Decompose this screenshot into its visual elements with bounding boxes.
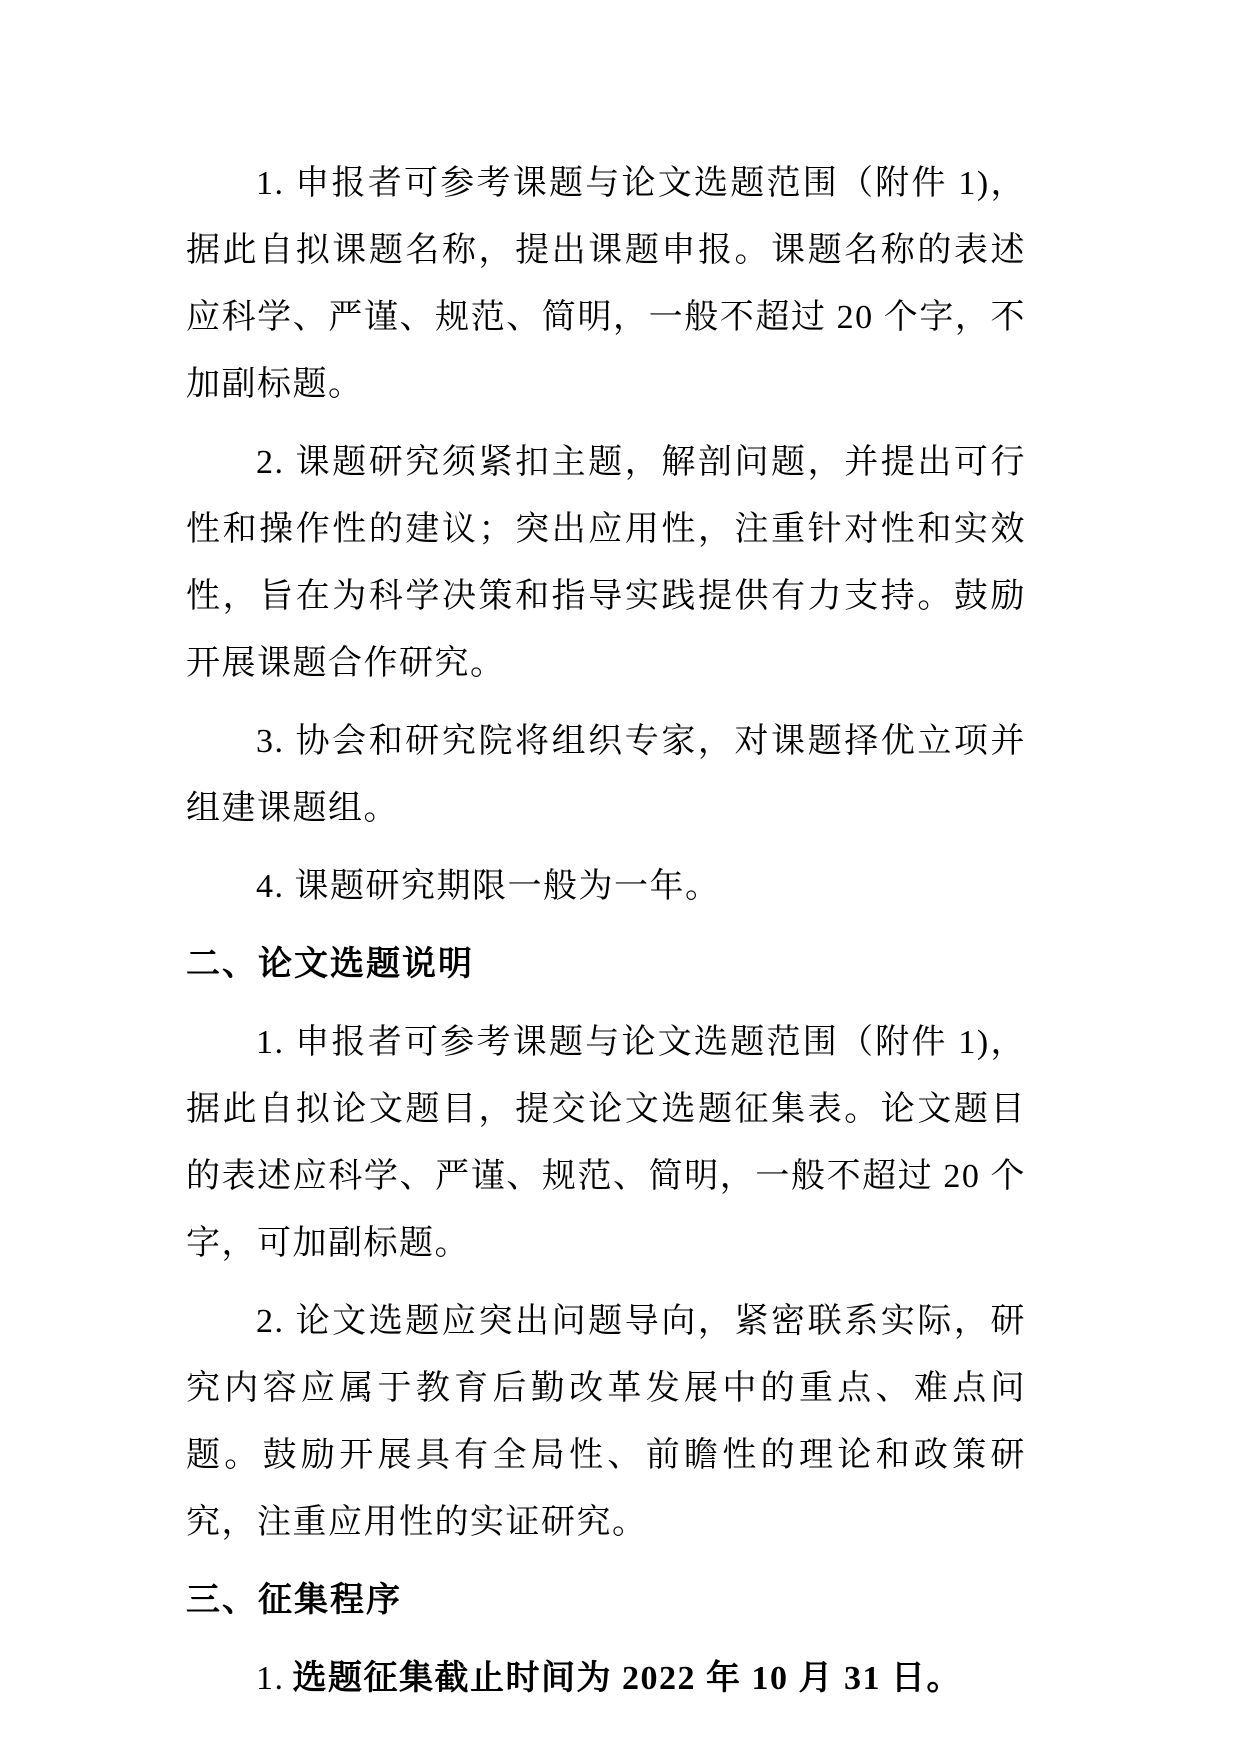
body-paragraph-5: 1. 申报者可参考课题与论文选题范围（附件 1)，据此自拟论文题目，提交论文选题… xyxy=(186,1009,1026,1277)
body-paragraph-2: 2. 课题研究须紧扣主题，解剖问题，并提出可行性和操作性的建议；突出应用性，注重… xyxy=(186,429,1026,697)
body-paragraph-6: 2. 论文选题应突出问题导向，紧密联系实际，研究内容应属于教育后勤改革发展中的重… xyxy=(186,1288,1026,1556)
body-paragraph-4: 4. 课题研究期限一般为一年。 xyxy=(186,853,1026,920)
section-heading-collection-procedure: 三、征集程序 xyxy=(186,1567,1026,1634)
list-number: 1. xyxy=(256,1660,285,1697)
body-paragraph-3: 3. 协会和研究院将组织专家，对课题择优立项并组建课题组。 xyxy=(186,708,1026,842)
body-paragraph-1: 1. 申报者可参考课题与论文选题范围（附件 1)，据此自拟课题名称，提出课题申报… xyxy=(186,150,1026,418)
section-heading-paper-topics: 二、论文选题说明 xyxy=(186,931,1026,998)
deadline-text: 选题征集截止时间为 2022 年 10 月 31 日。 xyxy=(293,1660,963,1697)
deadline-paragraph: 1.选题征集截止时间为 2022 年 10 月 31 日。 xyxy=(186,1645,1026,1712)
document-content: 1. 申报者可参考课题与论文选题范围（附件 1)，据此自拟课题名称，提出课题申报… xyxy=(186,150,1026,1723)
document-page: 1. 申报者可参考课题与论文选题范围（附件 1)，据此自拟课题名称，提出课题申报… xyxy=(0,0,1241,1755)
